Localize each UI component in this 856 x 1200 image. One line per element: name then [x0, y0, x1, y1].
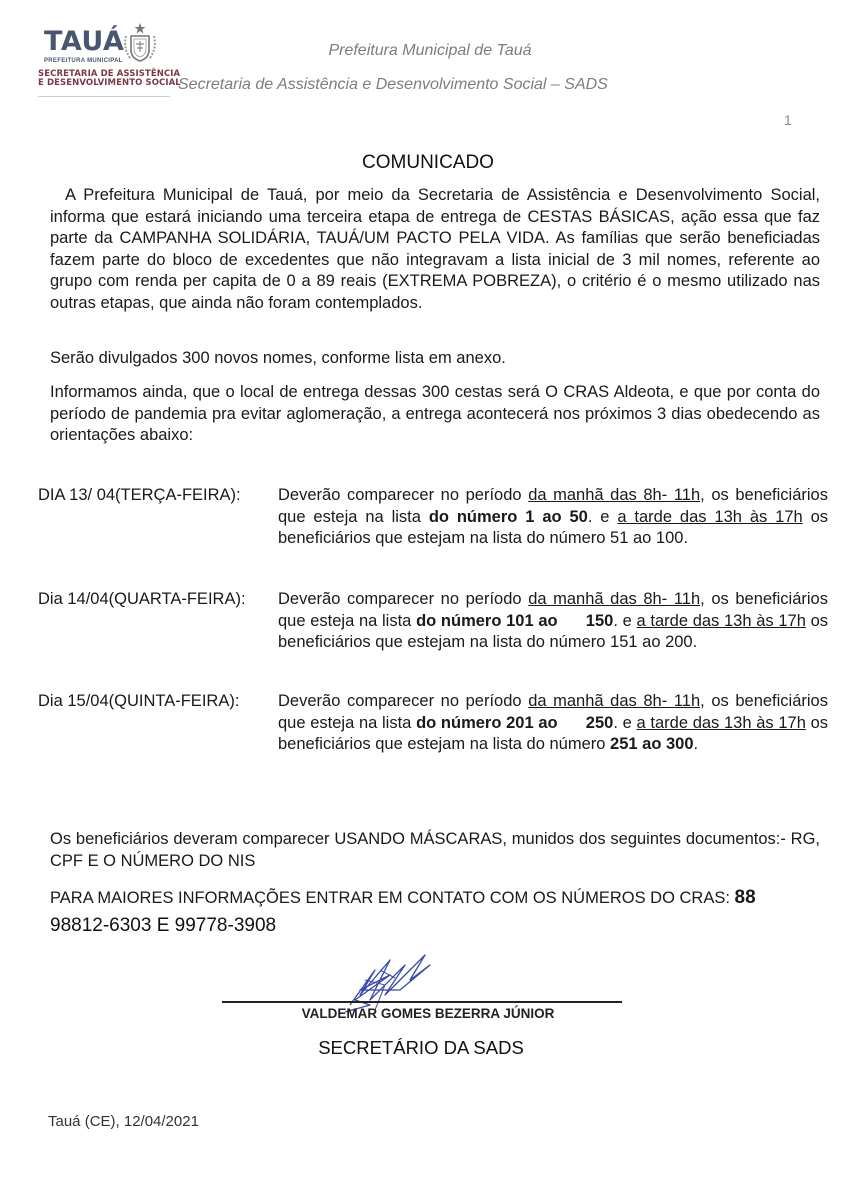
- names-paragraph: Serão divulgados 300 novos nomes, confor…: [50, 348, 820, 370]
- location-paragraph: Informamos ainda, que o local de entrega…: [50, 382, 820, 447]
- contact-ddd: 88: [735, 887, 756, 908]
- contact-paragraph: PARA MAIORES INFORMAÇÕES ENTRAR EM CONTA…: [50, 887, 820, 910]
- schedule-day-text: Deverão comparecer no período da manhã d…: [278, 485, 828, 550]
- signature-line: [222, 1001, 622, 1003]
- logo-divider: [38, 96, 208, 97]
- document-title: COMUNICADO: [0, 152, 856, 174]
- logo-name: TAUÁ: [44, 28, 124, 56]
- logo-subtitle: PREFEITURA MUNICIPAL: [44, 58, 123, 64]
- logo-secretaria: SECRETARIA DE ASSISTÊNCIA E DESENVOLVIME…: [38, 70, 181, 88]
- intro-paragraph: A Prefeitura Municipal de Tauá, por meio…: [50, 185, 820, 314]
- header-institution: Prefeitura Municipal de Tauá: [170, 42, 690, 60]
- signatory-role: SECRETÁRIO DA SADS: [0, 1037, 842, 1059]
- schedule-day-text: Deverão comparecer no período da manhã d…: [278, 691, 828, 756]
- schedule-day-label: Dia 15/04(QUINTA-FEIRA):: [38, 691, 239, 713]
- header-department: Secretaria de Assistência e Desenvolvime…: [178, 76, 608, 94]
- requirements-paragraph: Os beneficiários deveram comparecer USAN…: [50, 829, 820, 872]
- schedule-day-label: Dia 14/04(QUARTA-FEIRA):: [38, 589, 246, 611]
- schedule-day-label: DIA 13/ 04(TERÇA-FEIRA):: [38, 485, 241, 507]
- place-date: Tauá (CE), 12/04/2021: [48, 1113, 199, 1130]
- coat-of-arms-icon: [120, 22, 160, 66]
- schedule-day-text: Deverão comparecer no período da manhã d…: [278, 589, 828, 654]
- signatory-name: VALDEMAR GOMES BEZERRA JÚNIOR: [0, 1006, 856, 1021]
- contact-phones: 98812-6303 E 99778-3908: [50, 915, 276, 937]
- page-number: 1: [784, 112, 792, 128]
